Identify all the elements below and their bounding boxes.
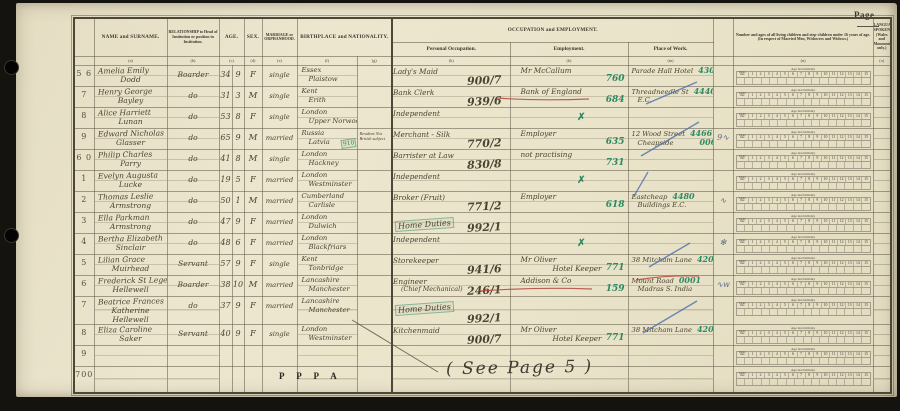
personal-occupation-cell: Independent bbox=[392, 233, 510, 254]
birthplace-cell: LondonDulwich bbox=[297, 212, 357, 233]
table-row: 6 0 Philip CharlesParry do 41 8 M single… bbox=[74, 149, 891, 170]
children-grid-cell: Age last birthdayUnderOne123456789101112… bbox=[733, 254, 873, 275]
age-years-cell: 48 bbox=[219, 233, 232, 254]
sex-cell: F bbox=[244, 254, 262, 275]
employment-code: 760 bbox=[606, 74, 625, 84]
table-row: 7 Beatrice FrancesKatherine Hellewell do… bbox=[74, 296, 891, 324]
children-col-header: Number and ages of all living children a… bbox=[733, 18, 873, 56]
clerk-mark-cell bbox=[713, 254, 733, 275]
name-cell: Henry GeorgeBayley bbox=[94, 86, 167, 107]
relationship-cell: do bbox=[167, 86, 219, 107]
birthplace-cell: LancashireManchester bbox=[297, 275, 357, 296]
clerk-mark-cell bbox=[713, 345, 733, 366]
schedule-number-cell: 8 bbox=[74, 107, 94, 128]
employment-cell: ✗ bbox=[510, 107, 628, 128]
place-of-work-cell bbox=[628, 233, 713, 254]
nationality-cell bbox=[357, 324, 392, 345]
name-cell: Eliza CarolineSaker bbox=[94, 324, 167, 345]
schedule-number-cell: 5 bbox=[74, 254, 94, 275]
clerk-mark-cell: 9∿ bbox=[713, 128, 733, 149]
employment-code: 731 bbox=[606, 158, 625, 168]
children-grid-cell: Age last birthdayUnderOne123456789101112… bbox=[733, 149, 873, 170]
birthplace-cell: LondonUpper Norwood bbox=[297, 107, 357, 128]
nationality-cell bbox=[357, 191, 392, 212]
marriage-cell: married bbox=[262, 275, 297, 296]
age-months-cell: 9 bbox=[232, 212, 244, 233]
employment-cell: Bank of England 684 bbox=[510, 86, 628, 107]
language-cell bbox=[873, 275, 891, 296]
birthplace-cell: LondonWestminster bbox=[297, 324, 357, 345]
punch-hole bbox=[4, 228, 19, 243]
place-of-work-cell: 38 Mitcham Lane4200 S.W. 16 bbox=[628, 254, 713, 275]
children-grid-cell: Age last birthdayUnderOne123456789101112… bbox=[733, 170, 873, 191]
occupation-code: 771/2 bbox=[467, 200, 502, 212]
age-months-cell: 8 bbox=[232, 149, 244, 170]
marriage-cell: married bbox=[262, 128, 297, 149]
home-duties-stamp: Home Duties bbox=[395, 300, 454, 315]
employment-header: Employment. bbox=[510, 42, 628, 56]
birthplace-cell: KentTonbridge bbox=[297, 254, 357, 275]
relationship-cell bbox=[167, 345, 219, 366]
age-years-cell: 34 bbox=[219, 65, 232, 86]
schedule-number-cell: 700 bbox=[74, 366, 94, 393]
sex-cell: F bbox=[244, 107, 262, 128]
sex-cell: M bbox=[244, 275, 262, 296]
children-age-grid: Age last birthdayUnderOne123456789101112… bbox=[736, 368, 871, 386]
children-grid-cell: Age last birthdayUnderOne123456789101112… bbox=[733, 324, 873, 345]
children-grid-cell: Age last birthdayUnderOne123456789101112… bbox=[733, 345, 873, 366]
place-code: 4440 bbox=[689, 86, 713, 96]
employment-cell: Employer 635 bbox=[510, 128, 628, 149]
occupation-code: 900/7 bbox=[467, 333, 502, 345]
sex-cell: F bbox=[244, 212, 262, 233]
children-grid-cell: Age last birthdayUnderOne123456789101112… bbox=[733, 233, 873, 254]
age-years-cell: 50 bbox=[219, 191, 232, 212]
mark-col-header bbox=[713, 18, 733, 56]
children-grid-cell: Age last birthdayUnderOne123456789101112… bbox=[733, 107, 873, 128]
children-grid-cell: Age last birthdayUnderOne123456789101112… bbox=[733, 296, 873, 324]
nationality-cell bbox=[357, 65, 392, 86]
clerk-mark-cell: ∿w bbox=[713, 275, 733, 296]
clerk-mark-cell bbox=[713, 86, 733, 107]
birthplace-cell: CumberlandCarlisle bbox=[297, 191, 357, 212]
name-cell: Evelyn AugustaLucke bbox=[94, 170, 167, 191]
age-years-cell: 65 bbox=[219, 128, 232, 149]
employment-code: 618 bbox=[606, 200, 625, 210]
table-row: 2 Thomas LeslieArmstrong do 50 1 M marri… bbox=[74, 191, 891, 212]
occupation-code: 830/8 bbox=[467, 158, 502, 170]
personal-occupation-cell: Engineer (Chief Mechanical) 246/1 bbox=[392, 275, 510, 296]
place-of-work-cell: Mount Road0001 Madras S. India bbox=[628, 275, 713, 296]
place-of-work-header: Place of Work. bbox=[628, 42, 713, 56]
marriage-cell: single bbox=[262, 149, 297, 170]
schedule-number-cell: 6 0 bbox=[74, 149, 94, 170]
personal-occupation-cell: Independent bbox=[392, 107, 510, 128]
children-grid-cell: Age last birthdayUnderOne123456789101112… bbox=[733, 65, 873, 86]
relationship-cell: do bbox=[167, 149, 219, 170]
age-years-cell bbox=[219, 345, 232, 366]
sex-cell: F bbox=[244, 296, 262, 324]
marriage-cell: single bbox=[262, 324, 297, 345]
relationship-cell: do bbox=[167, 191, 219, 212]
employment-cell bbox=[510, 296, 628, 324]
name-cell bbox=[94, 366, 167, 393]
language-cell bbox=[873, 233, 891, 254]
personal-occupation-cell: Storekeeper 941/6 bbox=[392, 254, 510, 275]
employment-cell: ✗ bbox=[510, 233, 628, 254]
nationality-cell bbox=[357, 149, 392, 170]
relationship-cell bbox=[167, 366, 219, 393]
age-months-cell: 9 bbox=[232, 254, 244, 275]
age-months-cell: 9 bbox=[232, 65, 244, 86]
column-letter-row: (a) (b) (c) (d) (e) (f) (g) (h) (k) (m) … bbox=[74, 56, 891, 65]
age-years-cell: 53 bbox=[219, 107, 232, 128]
sex-col-header: SEX. bbox=[244, 18, 262, 56]
language-col-header: LANGUAGE SPOKEN. (Wales and Monmouth onl… bbox=[873, 18, 891, 56]
occupation-code: 900/7 bbox=[467, 74, 502, 86]
employment-code: 684 bbox=[606, 95, 625, 105]
relationship-cell: Servant bbox=[167, 254, 219, 275]
personal-occupation-cell: Merchant - Silk 770/2 bbox=[392, 128, 510, 149]
name-cell bbox=[94, 345, 167, 366]
employment-cell: Addison & Co 159 bbox=[510, 275, 628, 296]
relationship-cell: do bbox=[167, 212, 219, 233]
birthplace-cell: LondonBlackfriars bbox=[297, 233, 357, 254]
children-age-grid: Age last birthdayUnderOne123456789101112… bbox=[736, 326, 871, 344]
clerk-mark-cell: ✻ bbox=[713, 233, 733, 254]
employment-cell: Mr OliverHotel Keeper 771 bbox=[510, 324, 628, 345]
table-row: 8 Alice HarriettLunan do 53 8 F single L… bbox=[74, 107, 891, 128]
relationship-cell: Servant bbox=[167, 324, 219, 345]
marriage-cell: married bbox=[262, 191, 297, 212]
see-page-note: ( See Page 5 ) bbox=[446, 357, 594, 380]
age-months-cell: 10 bbox=[232, 275, 244, 296]
census-table: NAME and SURNAME. RELATIONSHIP to Head o… bbox=[73, 17, 892, 394]
name-cell: Bertha ElizabethSinclair bbox=[94, 233, 167, 254]
age-col-header: AGE. bbox=[219, 18, 244, 56]
occupation-code: 992/1 bbox=[467, 312, 502, 324]
personal-occupation-cell: Kitchenmaid 900/7 bbox=[392, 324, 510, 345]
children-age-grid: Age last birthdayUnderOne123456789101112… bbox=[736, 130, 871, 148]
nationality-cell bbox=[357, 275, 392, 296]
employment-cell: Employer 618 bbox=[510, 191, 628, 212]
language-cell bbox=[873, 191, 891, 212]
schedule-number-cell: 1 bbox=[74, 170, 94, 191]
birthplace-cell bbox=[297, 345, 357, 366]
name-cell: Thomas LeslieArmstrong bbox=[94, 191, 167, 212]
name-cell: Edward NicholasGlasser bbox=[94, 128, 167, 149]
birthplace-cell: LondonHackney bbox=[297, 149, 357, 170]
age-months-cell: 9 bbox=[232, 324, 244, 345]
nationality-cell bbox=[357, 233, 392, 254]
name-cell: Frederick St LegerHellewell bbox=[94, 275, 167, 296]
personal-occupation-cell: Home Duties 992/1 bbox=[392, 212, 510, 233]
place-of-work-cell bbox=[628, 345, 713, 366]
children-age-grid: Age last birthdayUnderOne123456789101112… bbox=[736, 67, 871, 85]
age-years-cell: 57 bbox=[219, 254, 232, 275]
sex-cell: F bbox=[244, 324, 262, 345]
nationality-cell bbox=[357, 254, 392, 275]
children-age-grid: Age last birthdayUnderOne123456789101112… bbox=[736, 235, 871, 253]
age-years-cell: 19 bbox=[219, 170, 232, 191]
birthplace-cell: KentErith bbox=[297, 86, 357, 107]
place-code: 4200 S.W. 16 bbox=[692, 324, 713, 334]
place-code: 4300 bbox=[693, 65, 713, 75]
place-of-work-cell bbox=[628, 149, 713, 170]
birthplace-cell: RussiaLatvia 910 bbox=[297, 128, 357, 149]
personal-occupation-cell: Broker (Fruit) 771/2 bbox=[392, 191, 510, 212]
age-months-cell: 6 bbox=[232, 233, 244, 254]
age-months-cell: 9 bbox=[232, 296, 244, 324]
children-age-grid: Age last birthdayUnderOne123456789101112… bbox=[736, 347, 871, 365]
name-cell: Beatrice FrancesKatherine Hellewell bbox=[94, 296, 167, 324]
table-row: 6 Frederick St LegerHellewell Boarder 38… bbox=[74, 275, 891, 296]
nationality-cell: Resident Not British subject bbox=[357, 128, 392, 149]
schedule-number-cell: 9 bbox=[74, 128, 94, 149]
name-col-header: NAME and SURNAME. bbox=[94, 18, 167, 56]
occupation-code: 770/2 bbox=[467, 137, 502, 149]
language-cell bbox=[873, 149, 891, 170]
personal-occupation-cell: Bank Clerk 939/6 bbox=[392, 86, 510, 107]
birthplace-cell: LondonWestminster bbox=[297, 170, 357, 191]
table-row: 7 Henry GeorgeBayley do 31 3 M single Ke… bbox=[74, 86, 891, 107]
place-code: 4480 bbox=[667, 191, 694, 201]
name-cell: Alice HarriettLunan bbox=[94, 107, 167, 128]
employment-cell: Mr McCallum 760 bbox=[510, 65, 628, 86]
table-row: 9 Edward NicholasGlasser do 65 9 M marri… bbox=[74, 128, 891, 149]
age-months-cell: 3 bbox=[232, 86, 244, 107]
marriage-cell: single bbox=[262, 65, 297, 86]
schedule-number-cell: 8 bbox=[74, 324, 94, 345]
children-age-grid: Age last birthdayUnderOne123456789101112… bbox=[736, 214, 871, 232]
schedule-number-cell: 5 6 bbox=[74, 65, 94, 86]
age-months-cell: 5 bbox=[232, 170, 244, 191]
name-cell: Philip CharlesParry bbox=[94, 149, 167, 170]
clerk-mark-cell bbox=[713, 296, 733, 324]
schedule-number-cell: 7 bbox=[74, 296, 94, 324]
language-cell bbox=[873, 296, 891, 324]
clerk-mark-cell bbox=[713, 170, 733, 191]
place-code: 4200 S.W. 16 bbox=[692, 254, 713, 264]
occupation-code: 246/1 bbox=[467, 284, 502, 296]
personal-occupation-cell: Barrister at Law 830/8 bbox=[392, 149, 510, 170]
sex-cell: M bbox=[244, 86, 262, 107]
relationship-cell: do bbox=[167, 170, 219, 191]
children-grid-cell: Age last birthdayUnderOne123456789101112… bbox=[733, 128, 873, 149]
birthplace-cell: EssexPlaistow bbox=[297, 65, 357, 86]
name-cell: Ella ParkmanArmstrong bbox=[94, 212, 167, 233]
language-cell bbox=[873, 254, 891, 275]
schedule-number-cell: 4 bbox=[74, 233, 94, 254]
nationality-cell bbox=[357, 296, 392, 324]
relationship-col-header: RELATIONSHIP to Head of Institution or p… bbox=[167, 18, 219, 56]
birthplace-col-header: BIRTHPLACE and NATIONALITY. bbox=[297, 18, 392, 56]
place-code: 0001 bbox=[674, 275, 701, 285]
place-of-work-cell: 12 Wood Street4466 Cheapside006 bbox=[628, 128, 713, 149]
clerk-mark-cell bbox=[713, 212, 733, 233]
place-of-work-cell: Eastcheap4480 Buildings E.C. bbox=[628, 191, 713, 212]
punch-hole bbox=[4, 60, 19, 75]
age-years-cell: 38 bbox=[219, 275, 232, 296]
table-row: 1 Evelyn AugustaLucke do 19 5 F married … bbox=[74, 170, 891, 191]
children-age-grid: Age last birthdayUnderOne123456789101112… bbox=[736, 172, 871, 190]
age-years-cell: 41 bbox=[219, 149, 232, 170]
personal-occupation-cell: Lady's Maid 900/7 bbox=[392, 65, 510, 86]
children-age-grid: Age last birthdayUnderOne123456789101112… bbox=[736, 193, 871, 211]
schedule-number-cell: 6 bbox=[74, 275, 94, 296]
place-of-work-cell bbox=[628, 296, 713, 324]
children-grid-cell: Age last birthdayUnderOne123456789101112… bbox=[733, 86, 873, 107]
language-cell bbox=[873, 107, 891, 128]
nationality-cell bbox=[357, 212, 392, 233]
nationality-cell bbox=[357, 107, 392, 128]
occupation-code: 992/1 bbox=[467, 221, 502, 233]
place-of-work-cell: 38 Mitcham Lane4200 S.W. 16 bbox=[628, 324, 713, 345]
children-age-grid: Age last birthdayUnderOne123456789101112… bbox=[736, 151, 871, 169]
children-grid-cell: Age last birthdayUnderOne123456789101112… bbox=[733, 366, 873, 393]
relationship-cell: do bbox=[167, 128, 219, 149]
employment-cell: Mr OliverHotel Keeper 771 bbox=[510, 254, 628, 275]
table-row: 5 6 Amelia EmilyDodd Boarder 34 9 F sing… bbox=[74, 65, 891, 86]
language-cell bbox=[873, 345, 891, 366]
clerk-mark-cell: ∿ bbox=[713, 191, 733, 212]
place-of-work-cell bbox=[628, 212, 713, 233]
green-cross-mark: ✗ bbox=[577, 238, 585, 249]
children-age-grid: Age last birthdayUnderOne123456789101112… bbox=[736, 298, 871, 316]
language-cell bbox=[873, 324, 891, 345]
sex-cell: M bbox=[244, 149, 262, 170]
name-cell: Lilian GraceMuirhead bbox=[94, 254, 167, 275]
nationality-cell bbox=[357, 170, 392, 191]
language-cell bbox=[873, 366, 891, 393]
age-years-cell: 31 bbox=[219, 86, 232, 107]
employment-code: 771 bbox=[606, 263, 625, 273]
marriage-cell: married bbox=[262, 170, 297, 191]
clerk-mark-cell bbox=[713, 149, 733, 170]
sex-cell bbox=[244, 366, 262, 393]
schedule-number-cell: 7 bbox=[74, 86, 94, 107]
marriage-cell: single bbox=[262, 254, 297, 275]
age-years-cell: 40 bbox=[219, 324, 232, 345]
relationship-cell: do bbox=[167, 296, 219, 324]
sex-cell: M bbox=[244, 191, 262, 212]
place-of-work-cell bbox=[628, 366, 713, 393]
marriage-cell: married bbox=[262, 233, 297, 254]
age-months-cell bbox=[232, 345, 244, 366]
employment-code: 771 bbox=[606, 333, 625, 343]
marriage-cell bbox=[262, 345, 297, 366]
language-cell bbox=[873, 170, 891, 191]
occupation-group-header: OCCUPATION and EMPLOYMENT. bbox=[392, 18, 713, 42]
sex-cell: M bbox=[244, 128, 262, 149]
schedule-col-header bbox=[74, 18, 94, 56]
clerk-mark-cell bbox=[713, 366, 733, 393]
nationality-cell bbox=[357, 345, 392, 366]
table-row: 4 Bertha ElizabethSinclair do 48 6 F mar… bbox=[74, 233, 891, 254]
employment-code: 635 bbox=[606, 137, 625, 147]
table-row: 8 Eliza CarolineSaker Servant 40 9 F sin… bbox=[74, 324, 891, 345]
employment-cell: ✗ bbox=[510, 170, 628, 191]
children-grid-cell: Age last birthdayUnderOne123456789101112… bbox=[733, 212, 873, 233]
green-cross-mark: ✗ bbox=[577, 175, 585, 186]
sex-cell bbox=[244, 345, 262, 366]
scanned-census-page: Page NAME and SURNAME. RELATIONSHIP to H… bbox=[0, 0, 900, 411]
schedule-number-cell: 9 bbox=[74, 345, 94, 366]
marriage-cell: married bbox=[262, 212, 297, 233]
green-code-stamp: 910 bbox=[340, 137, 357, 148]
children-grid-cell: Age last birthdayUnderOne123456789101112… bbox=[733, 275, 873, 296]
clerk-mark-cell bbox=[713, 65, 733, 86]
employment-code: 159 bbox=[606, 284, 625, 294]
place-of-work-cell bbox=[628, 170, 713, 191]
children-age-grid: Age last birthdayUnderOne123456789101112… bbox=[736, 256, 871, 274]
birthplace-cell: LancashireManchester bbox=[297, 296, 357, 324]
age-months-cell bbox=[232, 366, 244, 393]
language-cell bbox=[873, 128, 891, 149]
children-age-grid: Age last birthdayUnderOne123456789101112… bbox=[736, 109, 871, 127]
employment-cell bbox=[510, 212, 628, 233]
language-cell bbox=[873, 212, 891, 233]
age-months-cell: 8 bbox=[232, 107, 244, 128]
schedule-number-cell: 3 bbox=[74, 212, 94, 233]
occupation-code: 941/6 bbox=[467, 263, 502, 275]
language-cell bbox=[873, 65, 891, 86]
personal-occupation-cell: Independent bbox=[392, 170, 510, 191]
age-years-cell: 47 bbox=[219, 212, 232, 233]
marriage-cell: married bbox=[262, 296, 297, 324]
marriage-cell: single bbox=[262, 107, 297, 128]
employment-cell: not practising 731 bbox=[510, 149, 628, 170]
name-cell: Amelia EmilyDodd bbox=[94, 65, 167, 86]
age-years-cell bbox=[219, 366, 232, 393]
place-of-work-cell: Threadneedle St4440 E.C. bbox=[628, 86, 713, 107]
table-row: 5 Lilian GraceMuirhead Servant 57 9 F si… bbox=[74, 254, 891, 275]
marriage-col-header: MARRIAGE or ORPHANHOOD. bbox=[262, 18, 297, 56]
age-months-cell: 1 bbox=[232, 191, 244, 212]
occupation-code: 939/6 bbox=[467, 95, 502, 107]
relationship-cell: Boarder bbox=[167, 65, 219, 86]
relationship-cell: do bbox=[167, 107, 219, 128]
age-years-cell: 37 bbox=[219, 296, 232, 324]
marriage-cell: single bbox=[262, 86, 297, 107]
green-cross-mark: ✗ bbox=[577, 112, 585, 123]
table-row: 3 Ella ParkmanArmstrong do 47 9 F marrie… bbox=[74, 212, 891, 233]
children-grid-cell: Age last birthdayUnderOne123456789101112… bbox=[733, 191, 873, 212]
relationship-cell: Boarder bbox=[167, 275, 219, 296]
clerk-mark-cell bbox=[713, 107, 733, 128]
language-cell bbox=[873, 86, 891, 107]
nationality-cell bbox=[357, 366, 392, 393]
personal-occupation-header: Personal Occupation. bbox=[392, 42, 510, 56]
place-of-work-cell bbox=[628, 107, 713, 128]
children-age-grid: Age last birthdayUnderOne123456789101112… bbox=[736, 277, 871, 295]
sex-cell: F bbox=[244, 170, 262, 191]
clerk-mark-cell bbox=[713, 324, 733, 345]
personal-occupation-cell: Home Duties 992/1 bbox=[392, 296, 510, 324]
ppp-stamp: P P P A bbox=[279, 371, 342, 381]
sex-cell: F bbox=[244, 233, 262, 254]
relationship-cell: do bbox=[167, 233, 219, 254]
place-code-2: 006 bbox=[674, 137, 713, 147]
paper-sheet: Page NAME and SURNAME. RELATIONSHIP to H… bbox=[16, 3, 897, 397]
children-age-grid: Age last birthdayUnderOne123456789101112… bbox=[736, 88, 871, 106]
home-duties-stamp: Home Duties bbox=[395, 216, 454, 231]
place-of-work-cell: Parade Hall Hotel4300 bbox=[628, 65, 713, 86]
age-months-cell: 9 bbox=[232, 128, 244, 149]
nationality-cell bbox=[357, 86, 392, 107]
sex-cell: F bbox=[244, 65, 262, 86]
schedule-number-cell: 2 bbox=[74, 191, 94, 212]
